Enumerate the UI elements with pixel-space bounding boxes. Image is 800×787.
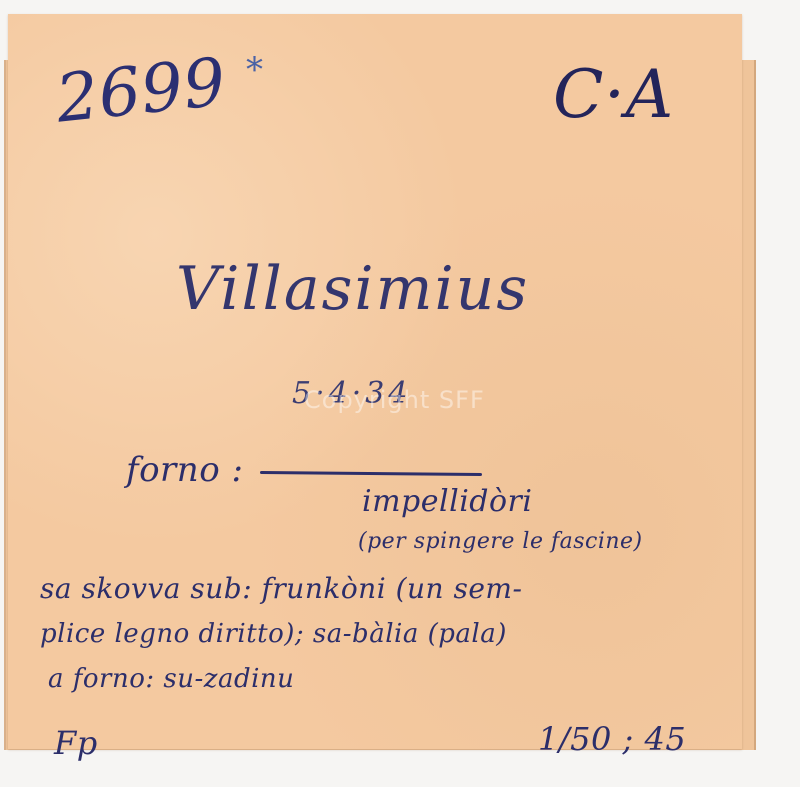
place-name: Villasimius [176,254,529,324]
author-initials: Fp [54,724,98,762]
note-plice-legno: plice legno diritto); sa-bàlia (pala) [40,619,507,649]
note-impellidori: impellidòri [362,484,533,519]
catalog-number: 2699 [52,43,229,137]
reference-number: 1/50 ; 45 [538,720,686,758]
dash-divider [260,471,482,476]
copyright-watermark: Copyright SFF [304,386,485,414]
note-per-spingere: (per spingere le fascine) [358,529,643,554]
star-mark-icon: * [246,50,264,90]
note-sa-skovva: sa skovva sub: frunkòni (un sem- [40,572,522,605]
note-forno-label: forno : [126,450,243,490]
note-a-forno: a forno: su-zadinu [48,664,294,694]
archival-card: 2699 * C·A Villasimius 5·4·34 Copyright … [8,14,742,749]
collection-code: C·A [553,56,674,133]
